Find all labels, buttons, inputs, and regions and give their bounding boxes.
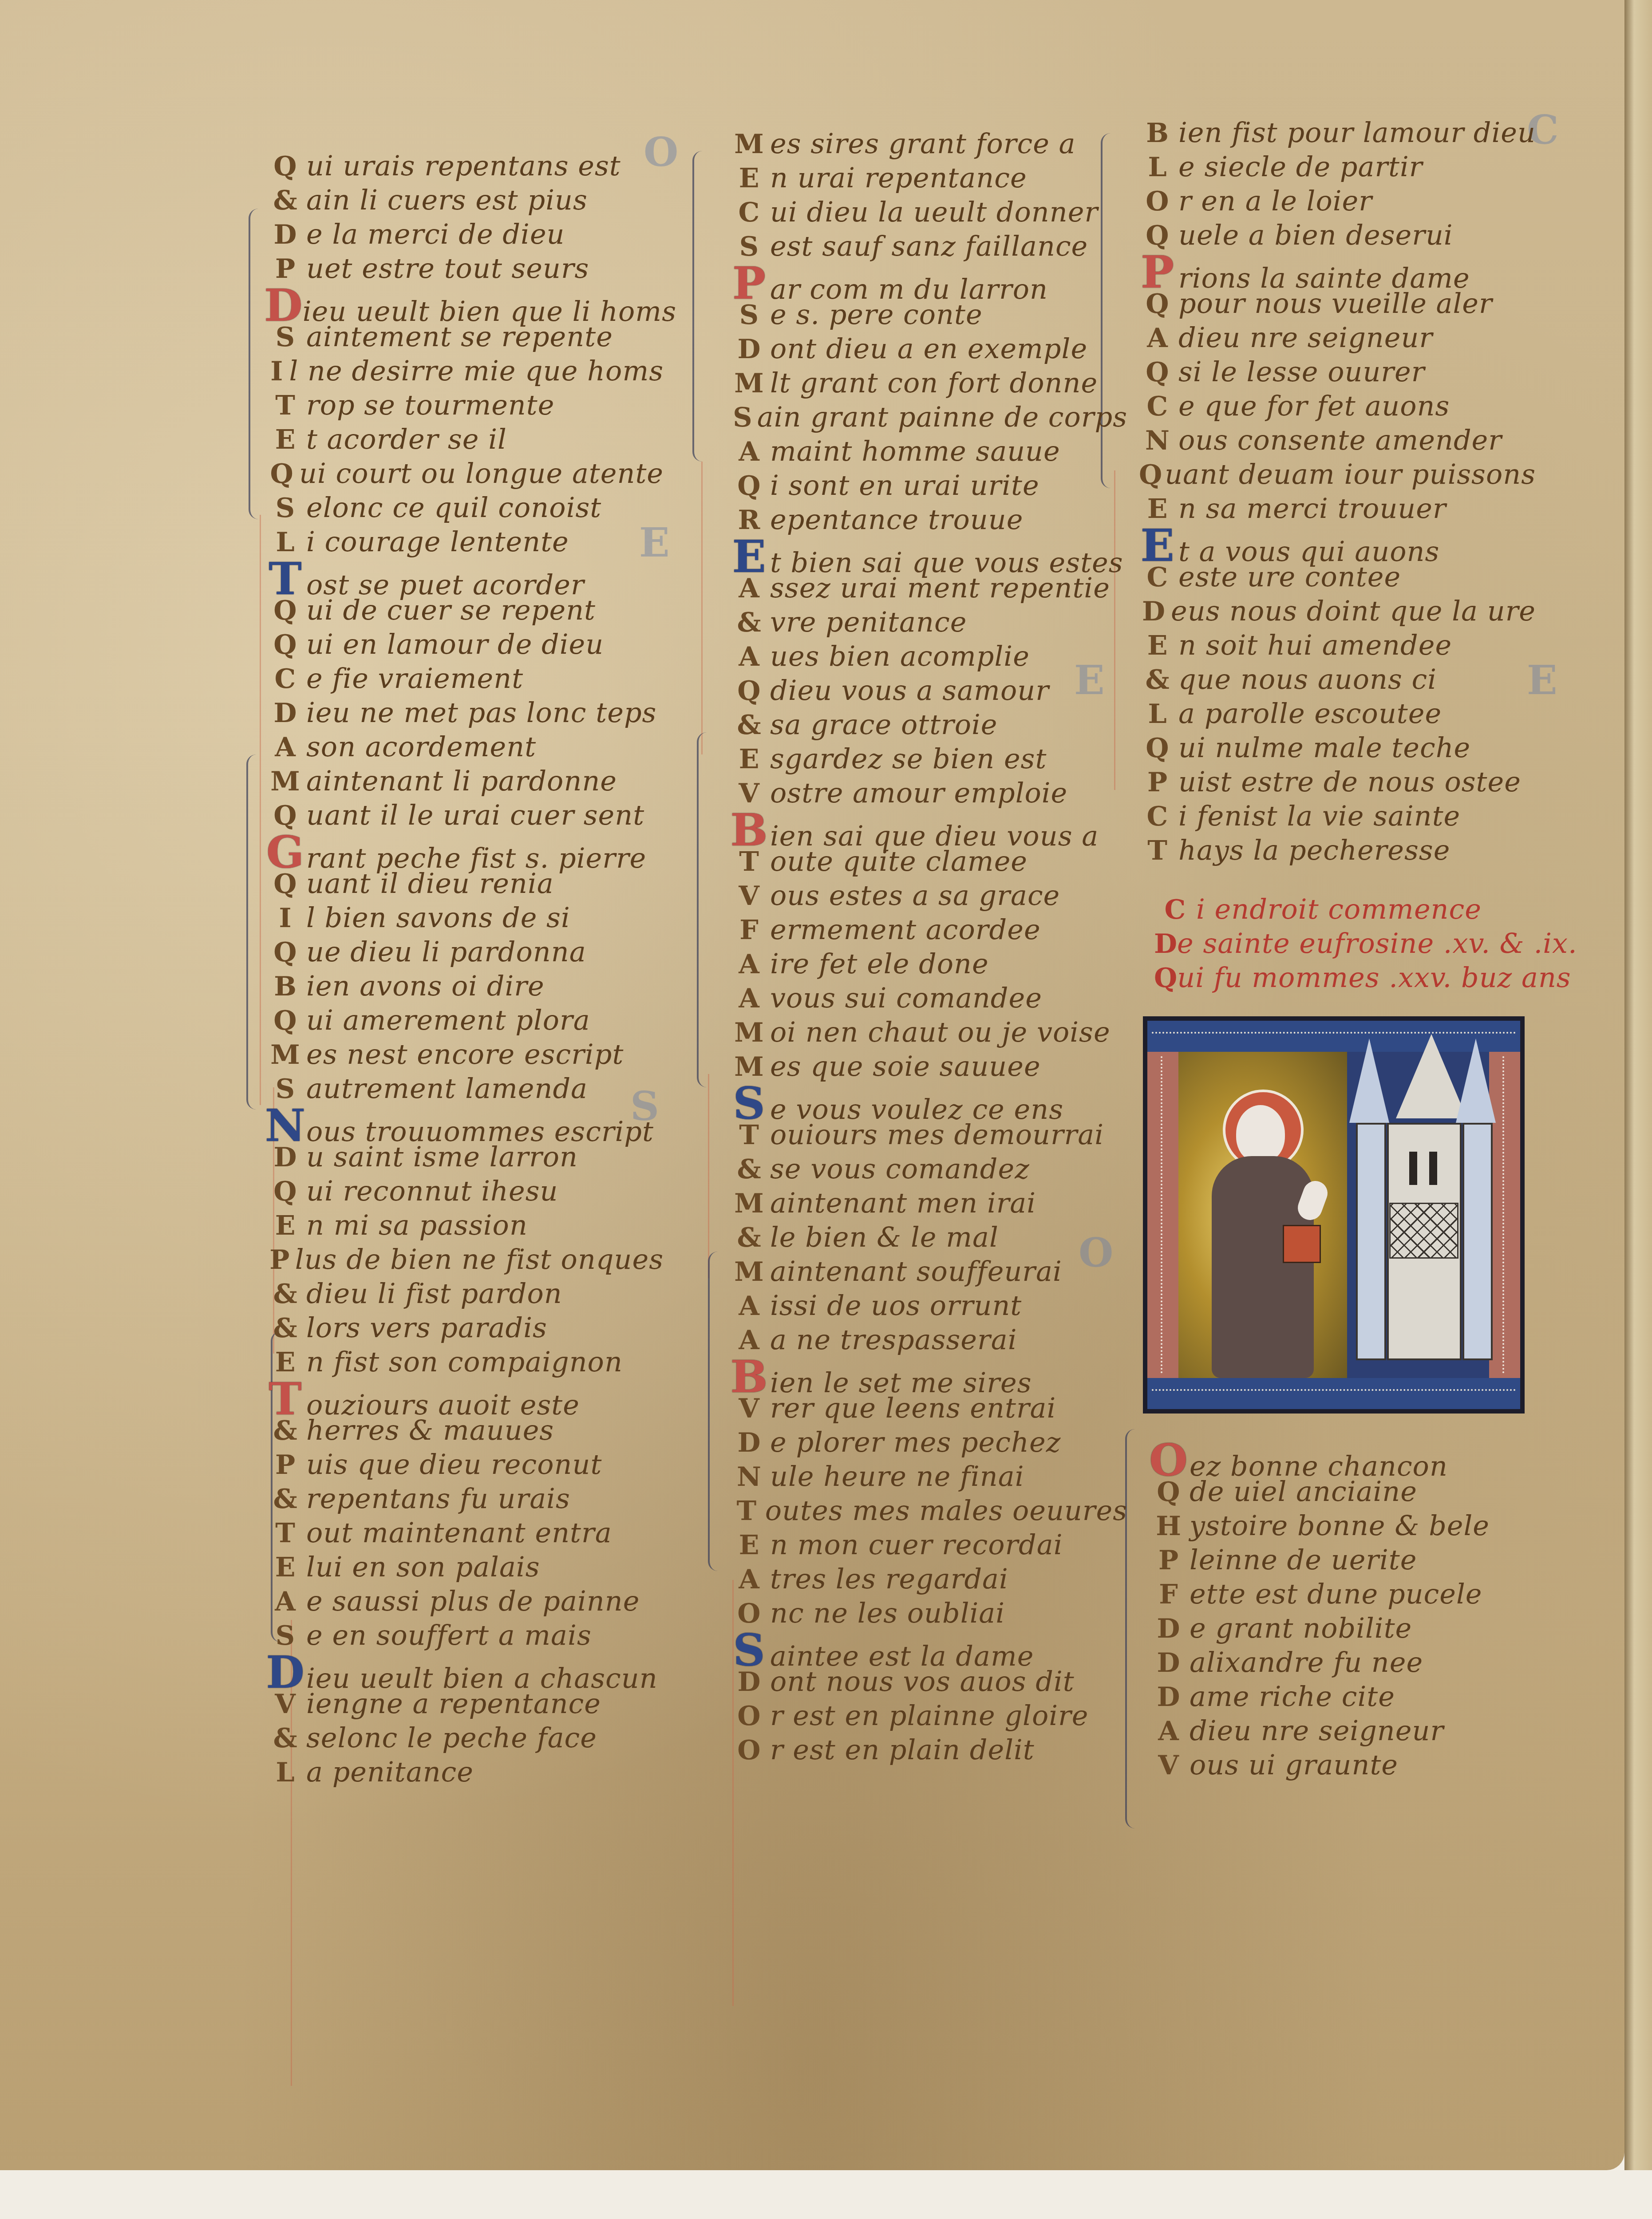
verse-line: Maintenant souffeurai [728, 1254, 1127, 1288]
verse-text: ystoire bonne & bele [1190, 1508, 1490, 1543]
verse-line: Dieu ueult bien a chascun [264, 1652, 664, 1686]
verse-line: Maintenant li pardonne [264, 764, 664, 798]
verse-line: En mon cuer recordai [728, 1528, 1127, 1562]
verse-line: &vre penitance [728, 605, 1127, 639]
line-initial: M [728, 127, 770, 162]
line-initial: Q [728, 674, 770, 708]
line-initial: D [264, 1141, 306, 1175]
verse-text: r est en plain delit [770, 1733, 1035, 1767]
shrine-window [1429, 1152, 1437, 1185]
verse-text: de uiel anciaine [1190, 1474, 1417, 1508]
line-initial: T [728, 845, 770, 879]
verse-line: Repentance trouue [728, 502, 1127, 537]
line-initial: P [1136, 766, 1178, 800]
verse-text: lus de bien ne fist onques [295, 1242, 664, 1276]
verse-line: Dame riche cite [1147, 1679, 1547, 1714]
verse-line: Touiours mes demourrai [728, 1117, 1127, 1152]
verse-text: ue dieu li pardonna [306, 935, 586, 969]
verse-line: Saintement se repente [264, 320, 664, 354]
verse-line: Saintee est la dame [728, 1630, 1127, 1664]
verse-line: Qi sont en urai urite [728, 468, 1127, 502]
verse-line: En soit hui amendee [1136, 628, 1536, 662]
verse-text: out maintenant entra [306, 1516, 612, 1550]
verse-line: Qsi le lesse ouurer [1136, 355, 1536, 389]
line-initial: D [728, 332, 770, 367]
verse-line: Qpour nous vueille aler [1136, 286, 1536, 320]
verse-text: se vous comandez [770, 1152, 1030, 1186]
verse-text: maint homme sauue [770, 434, 1060, 468]
verse-text: e plorer mes pechez [770, 1425, 1061, 1459]
verse-line: Grant peche fist s. pierre [264, 832, 664, 866]
verse-text: ous estes a sa grace [770, 878, 1060, 912]
line-initial: Q [264, 594, 306, 628]
verse-line: En fist son compaignon [264, 1345, 664, 1379]
verse-line: Assez urai ment repentie [728, 571, 1127, 605]
line-initial: E [728, 1528, 770, 1563]
line-initial: A [728, 1289, 770, 1323]
verse-line: Fette est dune pucele [1147, 1577, 1547, 1611]
verse-line: Il bien savons de si [264, 900, 664, 935]
verse-line: En mi sa passion [264, 1208, 664, 1242]
verse-line: Sautrement lamenda [264, 1071, 664, 1106]
verse-line: Qui en lamour de dieu [264, 627, 664, 661]
verse-text: r est en plainne gloire [770, 1698, 1088, 1733]
verse-line: Bien avons oi dire [264, 969, 664, 1003]
line-initial: D [264, 696, 306, 730]
line-initial: Q [264, 867, 306, 901]
verse-line: Dieu ueult bien que li homs [264, 285, 664, 320]
line-initial: M [728, 1016, 770, 1050]
verse-line: Et bien sai que vous estes [728, 537, 1127, 571]
verse-text: son acordement [306, 730, 536, 764]
binding-edge [1624, 0, 1652, 2170]
line-initial: Q [264, 628, 306, 662]
line-initial: D [1147, 1680, 1190, 1714]
line-initial: Q [1154, 961, 1177, 995]
line-initial: A [1136, 321, 1178, 355]
decorated-initial: P [728, 263, 770, 303]
nun-habit [1212, 1156, 1314, 1378]
verse-text: e s. pere conte [770, 297, 983, 332]
manuscript-folio: O C E E E S O Qui urais repentans est&ai… [0, 0, 1624, 2170]
text-column-3: Bien fist pour lamour dieuLe siecle de p… [1136, 115, 1536, 867]
line-initial: Q [264, 1004, 306, 1038]
decorated-initial: N [264, 1106, 306, 1145]
verse-text: aintenant men irai [770, 1186, 1036, 1220]
verse-line: Dont dieu a en exemple [728, 332, 1127, 366]
verse-text: e siecle de partir [1178, 150, 1423, 184]
decorated-initial: E [1136, 525, 1178, 565]
verse-line: Deus nous doint que la ure [1136, 594, 1536, 628]
line-initial: C [1136, 800, 1178, 834]
verse-text: uet estre tout seurs [306, 251, 589, 285]
verse-text: e sainte eufrosine .xv. & .ix. [1177, 926, 1577, 960]
line-initial: E [728, 162, 770, 196]
line-initial: T [264, 1516, 306, 1551]
line-initial: E [1136, 629, 1178, 663]
verse-text: ien fist pour lamour dieu [1178, 115, 1536, 150]
verse-line: Vostre amour emploie [728, 776, 1127, 810]
decorated-initial: E [728, 537, 770, 576]
shrine-grille [1389, 1203, 1458, 1259]
verse-line: Cui dieu la ueult donner [728, 195, 1127, 229]
verse-text: ui dieu la ueult donner [770, 195, 1098, 229]
verse-line: Amaint homme sauue [728, 434, 1127, 468]
verse-text: uele a bien deserui [1178, 218, 1453, 252]
line-initial: C [264, 662, 306, 696]
verse-text: selonc le peche face [306, 1721, 597, 1755]
verse-text: ui court ou longue atente [299, 456, 664, 490]
verse-line: Vous ui graunte [1147, 1748, 1547, 1782]
verse-line: Puis que dieu reconut [264, 1447, 664, 1481]
verse-line: Qui reconnut ihesu [264, 1174, 664, 1208]
verse-text: dieu li fist pardon [306, 1276, 562, 1311]
verse-line: Ae saussi plus de painne [264, 1584, 664, 1618]
verse-line: Avous sui comandee [728, 981, 1127, 1015]
verse-line: Onc ne les oubliai [728, 1596, 1127, 1630]
line-initial: A [1147, 1714, 1190, 1749]
line-initial: Q [264, 150, 306, 184]
verse-text: ssez urai ment repentie [770, 571, 1110, 605]
verse-line: Dont nous vos auos dit [728, 1664, 1127, 1698]
verse-text: este ure contee [1178, 560, 1401, 594]
verse-line: Bien sai que dieu vous a [728, 810, 1127, 844]
verse-line: Nous consente amender [1136, 423, 1536, 457]
verse-line: Aa ne trespasserai [728, 1323, 1127, 1357]
verse-line: Dieu ne met pas lonc teps [264, 695, 664, 730]
line-initial: & [728, 606, 770, 640]
verse-text: sgardez se bien est [770, 742, 1047, 776]
verse-line: &herres & mauues [264, 1413, 664, 1447]
rubric: Ci endroit commenceDe sainte eufrosine .… [1154, 892, 1553, 995]
verse-line: Qui de cuer se repent [264, 593, 664, 627]
line-initial: A [728, 435, 770, 469]
line-initial: & [264, 1414, 306, 1448]
pen-flourish-red [708, 1074, 709, 1278]
line-initial: & [728, 708, 770, 742]
verse-text: ui amerement plora [306, 1003, 590, 1037]
pen-flourish [697, 732, 716, 1087]
decorated-initial: G [264, 832, 306, 872]
decorated-initial: T [264, 1379, 306, 1419]
miniature-frame-bottom [1147, 1378, 1520, 1409]
verse-text: epentance trouue [770, 502, 1023, 537]
verse-text: uist estre de nous ostee [1178, 765, 1521, 799]
verse-line: Se en souffert a mais [264, 1618, 664, 1652]
line-initial: & [264, 1482, 306, 1516]
verse-text: ien avons oi dire [306, 969, 545, 1003]
verse-text: i sont en urai urite [770, 468, 1039, 502]
verse-line: &repentans fu urais [264, 1481, 664, 1516]
verse-text: a parolle escoutee [1178, 696, 1442, 730]
line-initial: L [264, 1756, 306, 1790]
verse-text: outes mes males oeuures [765, 1493, 1127, 1528]
verse-text: alixandre fu nee [1190, 1645, 1423, 1679]
verse-text: lui en son palais [306, 1550, 540, 1584]
line-initial: T [728, 1118, 770, 1153]
line-initial: A [728, 572, 770, 606]
verse-line: Bien le set me sires [728, 1357, 1127, 1391]
decorated-initial: T [264, 559, 306, 599]
rubric-line: Qui fu mommes .xxv. buz ans [1154, 960, 1553, 995]
line-initial: A [728, 948, 770, 982]
line-initial: T [264, 389, 306, 423]
decorated-initial: B [728, 810, 770, 850]
verse-line: Mes sires grant force a [728, 126, 1127, 161]
verse-line: Se s. pere conte [728, 297, 1127, 332]
verse-text: ui urais repentans est [306, 149, 621, 183]
text-column-2: Mes sires grant force aEn urai repentanc… [728, 126, 1127, 1767]
line-initial: F [1147, 1578, 1190, 1612]
verse-line: Or en a le loier [1136, 184, 1536, 218]
line-initial: & [264, 1311, 306, 1346]
verse-text: herres & mauues [306, 1413, 554, 1447]
verse-text: vous sui comandee [770, 981, 1042, 1015]
line-initial: E [264, 1209, 306, 1243]
verse-text: nc ne les oubliai [770, 1596, 1005, 1630]
verse-line: Or est en plain delit [728, 1733, 1127, 1767]
rubric-line: Ci endroit commence [1154, 892, 1553, 926]
verse-line: Le siecle de partir [1136, 150, 1536, 184]
verse-line: Thays la pecheresse [1136, 833, 1536, 867]
verse-text: hays la pecheresse [1178, 833, 1450, 867]
verse-line: Qde uiel anciaine [1147, 1474, 1547, 1508]
line-initial: D [1154, 927, 1177, 961]
verse-line: &ain li cuers est pius [264, 183, 664, 217]
verse-line: Ce que for fet auons [1136, 389, 1536, 423]
verse-line: Mlt grant con fort donne [728, 366, 1127, 400]
verse-text: ermement acordee [770, 912, 1041, 947]
verse-text: n soit hui amendee [1178, 628, 1452, 662]
verse-line: Qdieu vous a samour [728, 673, 1127, 707]
verse-line: Trop se tourmente [264, 388, 664, 422]
verse-text: iengne a repentance [306, 1686, 601, 1721]
verse-text: a ne trespasserai [770, 1323, 1017, 1357]
verse-text: le bien & le mal [770, 1220, 999, 1254]
line-initial: E [264, 423, 306, 457]
verse-line: De grant nobilite [1147, 1611, 1547, 1645]
verse-line: Se vous voulez ce ens [728, 1083, 1127, 1117]
decorated-initial: P [1136, 252, 1178, 292]
verse-text: si le lesse ouurer [1178, 355, 1425, 389]
verse-line: Touziours auoit este [264, 1379, 664, 1413]
verse-text: ui en lamour de dieu [306, 627, 604, 661]
line-initial: & [728, 1153, 770, 1187]
line-initial: Q [1136, 458, 1165, 492]
pen-flourish [692, 151, 712, 462]
decorated-initial: S [728, 1083, 770, 1123]
verse-line: Bien fist pour lamour dieu [1136, 115, 1536, 150]
verse-line: Plus de bien ne fist onques [264, 1242, 664, 1276]
verse-line: Quant il le urai cuer sent [264, 798, 664, 832]
verse-line: &sa grace ottroie [728, 707, 1127, 742]
line-initial: V [728, 879, 770, 913]
verse-text: que nous auons ci [1178, 662, 1437, 696]
verse-text: e saussi plus de painne [306, 1584, 640, 1618]
verse-line: Adieu nre seigneur [1136, 320, 1536, 355]
line-initial: Q [1147, 1475, 1190, 1509]
verse-text: ui nulme male teche [1178, 730, 1470, 765]
line-initial: V [1147, 1749, 1190, 1783]
verse-text: uant il le urai cuer sent [306, 798, 644, 832]
decorated-initial: O [1147, 1440, 1190, 1480]
line-initial: V [264, 1687, 306, 1722]
verse-text: es sires grant force a [770, 126, 1076, 161]
shrine-window [1409, 1152, 1417, 1185]
verse-text: r en a le loier [1178, 184, 1372, 218]
line-initial: A [728, 982, 770, 1016]
line-initial: E [264, 1551, 306, 1585]
verse-text: i fenist la vie sainte [1178, 799, 1460, 833]
line-initial: P [264, 1448, 306, 1482]
text-column-1: Qui urais repentans est&ain li cuers est… [264, 149, 664, 1789]
verse-text: ui fu mommes .xxv. buz ans [1177, 960, 1571, 995]
line-initial: E [728, 742, 770, 777]
line-initial: D [728, 1665, 770, 1699]
verse-text: ui reconnut ihesu [306, 1174, 558, 1208]
verse-line: Aissi de uos orrunt [728, 1288, 1127, 1323]
verse-line: Vous estes a sa grace [728, 878, 1127, 912]
verse-text: ain li cuers est pius [306, 183, 588, 217]
line-initial: Q [1136, 287, 1178, 321]
verse-text: eus nous doint que la ure [1171, 594, 1536, 628]
verse-line: Nous trouuommes escript [264, 1106, 664, 1140]
verse-text: a penitance [306, 1755, 474, 1789]
line-initial: T [1136, 834, 1178, 868]
line-initial: Q [1136, 355, 1178, 390]
line-initial: & [264, 184, 306, 218]
verse-line: Tout maintenant entra [264, 1516, 664, 1550]
line-initial: Q [728, 469, 770, 503]
verse-text: ire fet ele done [770, 947, 989, 981]
line-initial: & [264, 1277, 306, 1311]
line-initial: B [264, 970, 306, 1004]
verse-text: e fie vraiement [306, 661, 523, 695]
line-initial: I [264, 901, 306, 936]
line-initial: D [1147, 1612, 1190, 1646]
verse-line: De la merci de dieu [264, 217, 664, 251]
verse-text: i courage lentente [306, 525, 569, 559]
verse-text: u saint isme larron [306, 1140, 578, 1174]
verse-text: n mon cuer recordai [770, 1528, 1063, 1562]
verse-text: elonc ce quil conoist [306, 490, 601, 525]
verse-text: oi nen chaut ou je voise [770, 1015, 1111, 1049]
verse-text: e que for fet auons [1178, 389, 1450, 423]
line-initial: D [1136, 595, 1171, 629]
line-initial: & [728, 1221, 770, 1255]
rubric-line: De sainte eufrosine .xv. & .ix. [1154, 926, 1553, 960]
decorated-initial: D [264, 1652, 306, 1692]
verse-line: Maintenant men irai [728, 1186, 1127, 1220]
verse-text: dieu nre seigneur [1178, 320, 1433, 355]
verse-text: rop se tourmente [306, 388, 554, 422]
line-initial: C [1154, 893, 1196, 927]
line-initial: C [1136, 561, 1178, 595]
verse-line: Qui nulme male teche [1136, 730, 1536, 765]
line-initial: & [264, 1722, 306, 1756]
verse-text: vre penitance [770, 605, 967, 639]
verse-line: &le bien & le mal [728, 1220, 1127, 1254]
verse-line: La penitance [264, 1755, 664, 1789]
verse-text: lors vers paradis [306, 1311, 547, 1345]
verse-line: Vrer que leens entrai [728, 1391, 1127, 1425]
spire-right [1456, 1038, 1496, 1123]
verse-line: &dieu li fist pardon [264, 1276, 664, 1311]
verse-text: ain grant painne de corps [757, 400, 1127, 434]
line-initial: M [264, 765, 306, 799]
verse-line: Elui en son palais [264, 1550, 664, 1584]
verse-text: n fist son compaignon [306, 1345, 623, 1379]
verse-text: ame riche cite [1190, 1679, 1395, 1714]
verse-line: &lors vers paradis [264, 1311, 664, 1345]
verse-line: Aire fet ele done [728, 947, 1127, 981]
verse-text: ule heure ne finai [770, 1459, 1024, 1493]
verse-text: autrement lamenda [306, 1071, 588, 1106]
verse-text: n mi sa passion [306, 1208, 528, 1242]
verse-line: Ce fie vraiement [264, 661, 664, 695]
pen-flourish [1125, 1429, 1145, 1828]
line-initial: N [1136, 424, 1178, 458]
verse-text: ostre amour emploie [770, 776, 1067, 810]
verse-text: est sauf sanz faillance [770, 229, 1088, 263]
line-initial: M [728, 1255, 770, 1289]
verse-line: De plorer mes pechez [728, 1425, 1127, 1459]
line-initial: A [264, 1585, 306, 1619]
line-initial: D [1147, 1646, 1190, 1680]
verse-line: Mes nest encore escript [264, 1037, 664, 1071]
verse-line: &se vous comandez [728, 1152, 1127, 1186]
line-initial: C [1136, 390, 1178, 424]
line-initial: D [728, 1426, 770, 1460]
decorated-initial: B [728, 1357, 770, 1397]
verse-text: repentans fu urais [306, 1481, 570, 1516]
text-column-3-continued: Oez bonne chanconQde uiel anciaineHystoi… [1147, 1440, 1547, 1782]
verse-text: e en souffert a mais [306, 1618, 592, 1652]
line-initial: O [1136, 185, 1178, 219]
line-initial: Q [264, 1175, 306, 1209]
verse-line: Selonc ce quil conoist [264, 490, 664, 525]
verse-line: Quele a bien deserui [1136, 218, 1536, 252]
verse-text: ous consente amender [1178, 423, 1502, 457]
verse-text: oute quite clamee [770, 844, 1028, 878]
verse-text: ont nous vos auos dit [770, 1664, 1075, 1698]
verse-text: sa grace ottroie [770, 707, 998, 742]
verse-line: Hystoire bonne & bele [1147, 1508, 1547, 1543]
verse-line: Li courage lentente [264, 525, 664, 559]
verse-line: Adieu nre seigneur [1147, 1714, 1547, 1748]
verse-line: Ason acordement [264, 730, 664, 764]
verse-text: ouiours mes demourrai [770, 1117, 1104, 1152]
line-initial: P [264, 1243, 295, 1277]
tower-left [1356, 1123, 1386, 1360]
verse-text: es que soie sauuee [770, 1049, 1041, 1083]
tower-right [1462, 1123, 1493, 1360]
verse-text: l ne desirre mie que homs [289, 354, 664, 388]
line-initial: Q [1136, 731, 1178, 766]
verse-line: Or est en plainne gloire [728, 1698, 1127, 1733]
line-initial: P [1147, 1544, 1190, 1578]
verse-text: lt grant con fort donne [770, 366, 1098, 400]
decorated-initial: D [264, 285, 303, 325]
verse-text: leinne de uerite [1190, 1543, 1417, 1577]
verse-line: Oez bonne chancon [1147, 1440, 1547, 1474]
verse-text: uant il dieu renia [306, 866, 554, 900]
line-initial: S [728, 298, 770, 332]
verse-text: aintenant li pardonne [306, 764, 617, 798]
verse-text: ont dieu a en exemple [770, 332, 1087, 366]
verse-line: Esgardez se bien est [728, 742, 1127, 776]
verse-text: dieu nre seigneur [1190, 1714, 1444, 1748]
